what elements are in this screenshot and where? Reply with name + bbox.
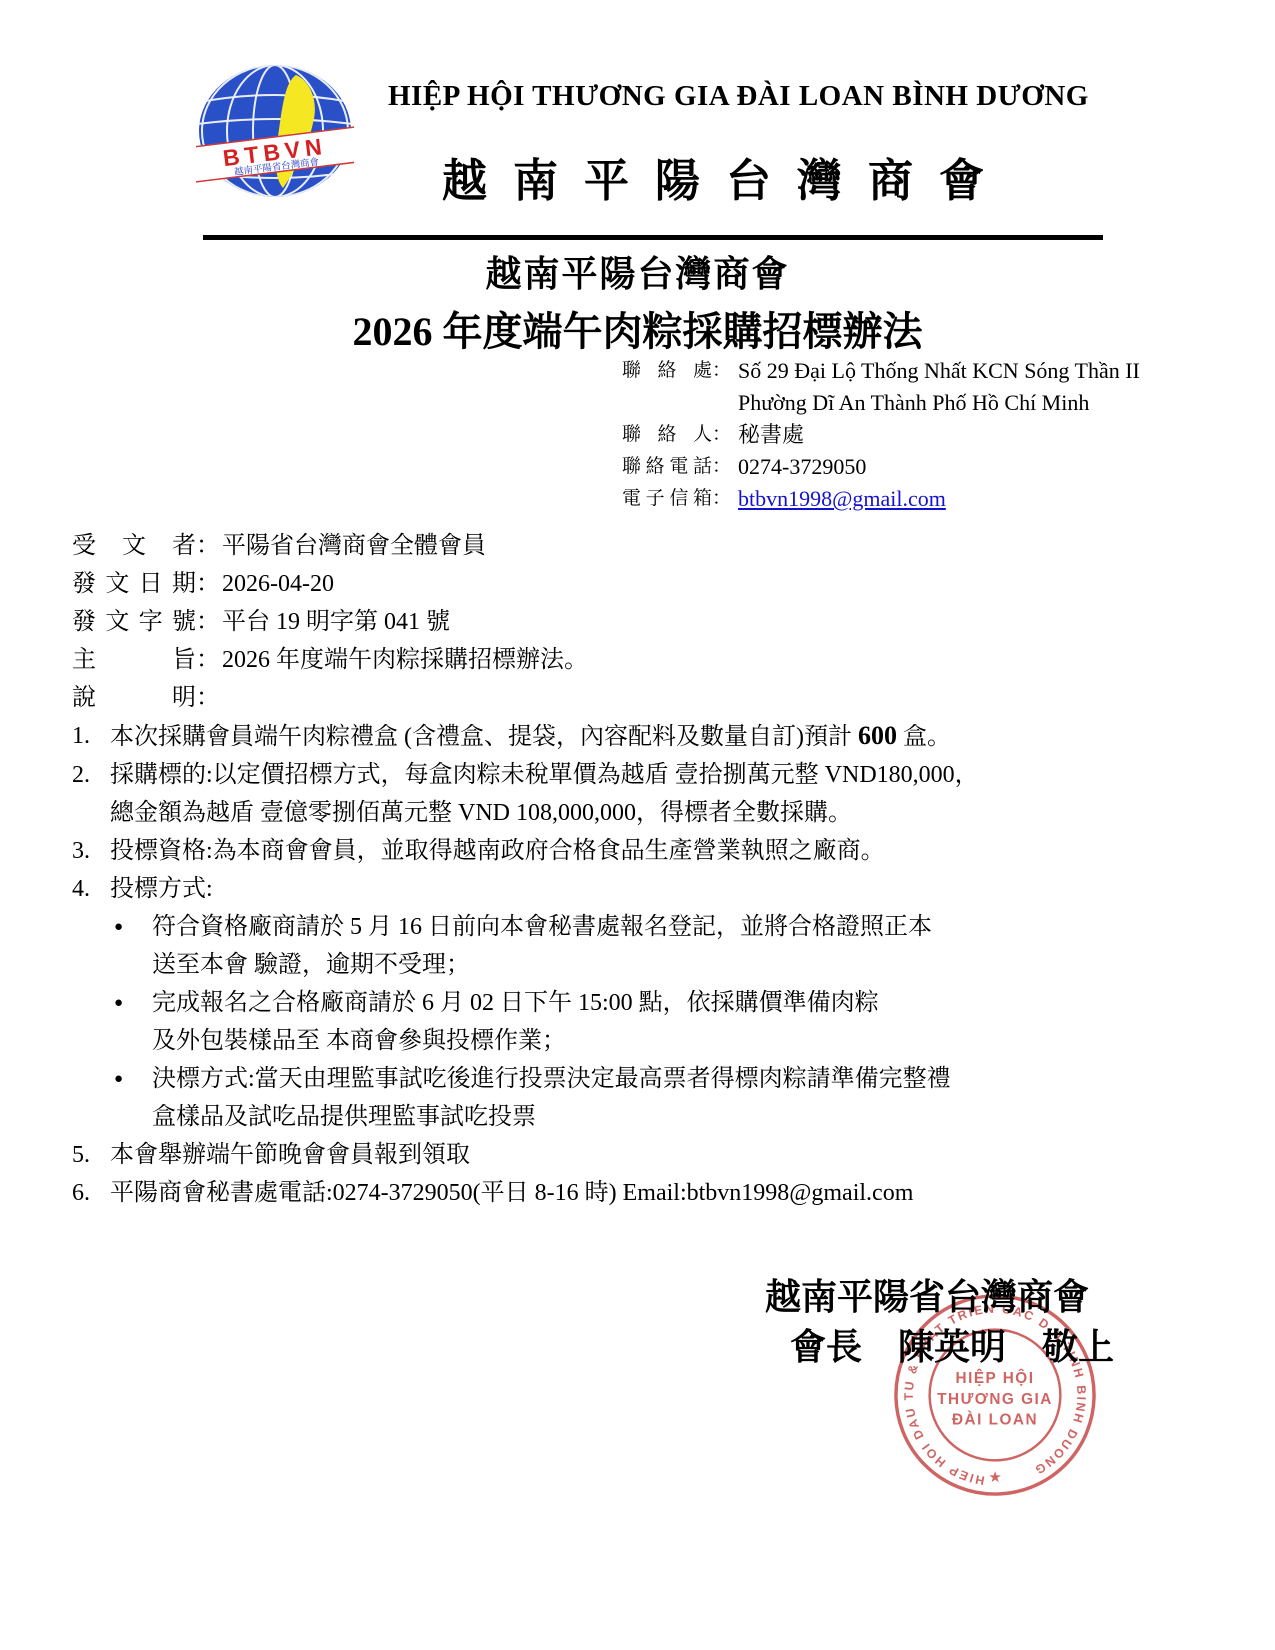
colon: ： [712,419,738,451]
item-number: 6. [72,1174,110,1212]
contact-label: 聯絡人 [622,419,712,451]
contact-row-address1: 聯絡處：Số 29 Đại Lộ Thống Nhất KCN Sóng Thầ… [622,355,1140,387]
item-number: 5. [72,1136,110,1174]
signature-block: 越南平陽省台灣商會 會長 陳英明 敬上 [712,1272,1142,1372]
document-page: BTBVN 越南平陽省台灣商會 HIỆP HỘI THƯƠNG GIA ĐÀI … [0,0,1275,1650]
field-value: 平台 19 明字第 041 號 [222,603,450,641]
field-issue-date: 發文日期：2026-04-20 [72,565,1157,603]
list-item-4: 4. 投標方式: [72,870,1157,908]
list-item-1: 1. 本次採購會員端午肉粽禮盒 (含禮盒、提袋，內容配料及數量自訂)預計 600… [72,717,1157,756]
contact-row-email: 電子信箱：btbvn1998@gmail.com [622,483,1140,515]
colon: ： [196,679,222,717]
contact-row-person: 聯絡人：秘書處 [622,419,1140,451]
bullet-item-1: ● 符合資格廠商請於 5 月 16 日前向本會秘書處報名登記，並將合格證照正本 … [114,908,1157,984]
bullet-text: 及外包裝樣品至 本商會參與投標作業； [152,1022,1157,1060]
field-explanation: 說明： [72,679,1157,717]
contact-label: 聯絡處 [622,355,712,387]
field-value: 2026 年度端午肉粽採購招標辦法。 [222,641,588,679]
association-logo: BTBVN 越南平陽省台灣商會 [196,60,354,202]
item-text: 投標方式: [110,870,1157,908]
document-body: 受文者：平陽省台灣商會全體會員 發文日期：2026-04-20 發文字號：平台 … [72,527,1157,1212]
bullet-text: 完成報名之合格廠商請於 6 月 02 日下午 15:00 點，依採購價準備肉粽 [152,984,1157,1022]
seal-center-line2: THƯƠNG GIA [937,1391,1053,1408]
signature-president: 會長 陳英明 敬上 [712,1322,1142,1372]
seal-center-line3: ĐÀI LOAN [952,1412,1038,1429]
item-text: 本次採購會員端午肉粽禮盒 (含禮盒、提袋，內容配料及數量自訂)預計 [110,724,858,750]
field-ref-number: 發文字號：平台 19 明字第 041 號 [72,603,1157,641]
document-title-line2: 2026 年度端午肉粽採購招標辦法 [0,300,1275,357]
field-label: 發文日期 [72,565,196,603]
item-text: 本會舉辦端午節晚會會員報到領取 [110,1136,1157,1174]
list-item-6: 6. 平陽商會秘書處電話:0274-3729050(平日 8-16 時) Ema… [72,1174,1157,1212]
bullet-text: 決標方式:當天由理監事試吃後進行投票決定最高票者得標肉粽請準備完整禮 [152,1060,1157,1098]
contact-value: 0274-3729050 [738,451,866,483]
field-label: 受文者 [72,527,196,565]
field-label: 說明 [72,679,196,717]
bullet-icon: ● [114,908,152,984]
contact-value: Số 29 Đại Lộ Thống Nhất KCN Sóng Thần II [738,355,1140,387]
field-subject: 主旨：2026 年度端午肉粽採購招標辦法。 [72,641,1157,679]
header-divider [203,235,1103,240]
org-name-vietnamese: HIỆP HỘI THƯƠNG GIA ĐÀI LOAN BÌNH DƯƠNG [388,80,1038,113]
colon: ： [712,483,738,515]
email-link[interactable]: btbvn1998@gmail.com [738,483,946,515]
document-title-line1: 越南平陽台灣商會 [0,246,1275,297]
contact-block: 聯絡處：Số 29 Đại Lộ Thống Nhất KCN Sóng Thầ… [622,355,1140,515]
colon: ： [712,451,738,483]
bullet-item-2: ● 完成報名之合格廠商請於 6 月 02 日下午 15:00 點，依採購價準備肉… [114,984,1157,1060]
bullet-text: 符合資格廠商請於 5 月 16 日前向本會秘書處報名登記，並將合格證照正本 [152,908,1157,946]
field-recipient: 受文者：平陽省台灣商會全體會員 [72,527,1157,565]
bullet-item-3: ● 決標方式:當天由理監事試吃後進行投票決定最高票者得標肉粽請準備完整禮 盒樣品… [114,1060,1157,1136]
list-item-3: 3. 投標資格:為本商會會員，並取得越南政府合格食品生產營業執照之廠商。 [72,832,1157,870]
contact-label: 聯絡電話 [622,451,712,483]
highlighted-quantity: 600 [858,721,897,750]
signature-org: 越南平陽省台灣商會 [712,1272,1142,1322]
item-text: 總金額為越盾 壹億零捌佰萬元整 VND 108,000,000，得標者全數採購。 [110,794,1157,832]
bullet-text: 送至本會 驗證，逾期不受理； [152,946,1157,984]
item-text: 投標資格:為本商會會員，並取得越南政府合格食品生產營業執照之廠商。 [110,832,1157,870]
item-text: 平陽商會秘書處電話:0274-3729050(平日 8-16 時) Email:… [110,1174,1157,1212]
colon: ： [712,355,738,387]
contact-value: 秘書處 [738,419,804,451]
contact-value: Phường Dĩ An Thành Phố Hồ Chí Minh [738,387,1089,419]
bullet-text: 盒樣品及試吃品提供理監事試吃投票 [152,1098,1157,1136]
item-number: 2. [72,756,110,832]
item-number: 1. [72,717,110,756]
field-label: 發文字號 [72,603,196,641]
bullet-icon: ● [114,984,152,1060]
contact-row-phone: 聯絡電話：0274-3729050 [622,451,1140,483]
list-item-2: 2. 採購標的:以定價招標方式，每盒肉粽未稅單價為越盾 壹拾捌萬元整 VND18… [72,756,1157,832]
colon: ： [196,603,222,641]
item-text: 採購標的:以定價招標方式，每盒肉粽未稅單價為越盾 壹拾捌萬元整 VND180,0… [110,756,1157,794]
star-icon: ★ [988,1470,1001,1486]
colon: ： [196,641,222,679]
list-item-5: 5. 本會舉辦端午節晚會會員報到領取 [72,1136,1157,1174]
contact-row-address2: Phường Dĩ An Thành Phố Hồ Chí Minh [622,387,1140,419]
colon: ： [196,565,222,603]
contact-label: 電子信箱 [622,483,712,515]
bullet-icon: ● [114,1060,152,1136]
item-text: 盒。 [897,724,951,750]
colon: ： [196,527,222,565]
field-value: 2026-04-20 [222,565,334,603]
field-label: 主旨 [72,641,196,679]
item-number: 3. [72,832,110,870]
item-number: 4. [72,870,110,908]
field-value: 平陽省台灣商會全體會員 [222,527,486,565]
org-name-chinese: 越南平陽台灣商會 [388,144,1038,209]
